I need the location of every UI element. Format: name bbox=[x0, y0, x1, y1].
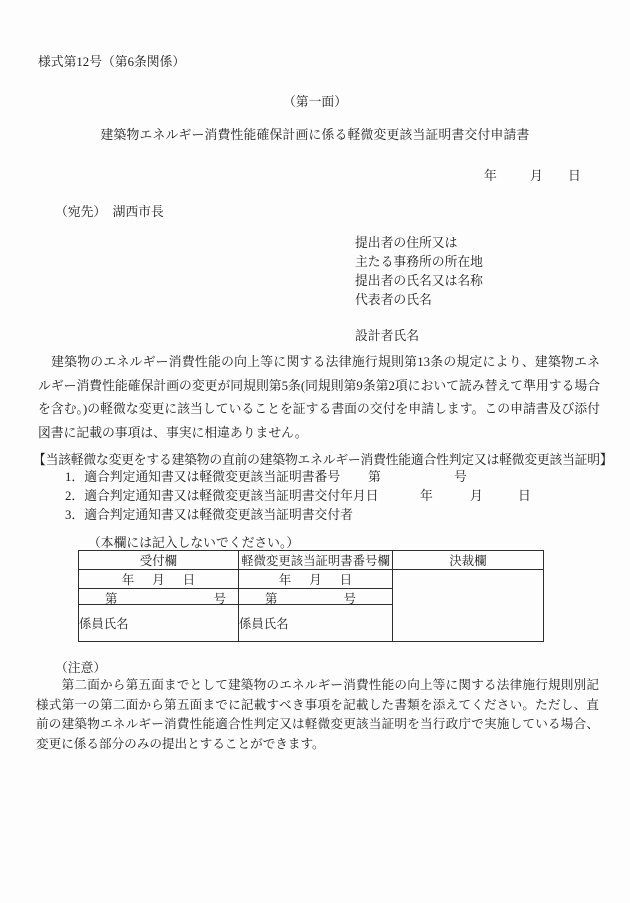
office-use-note: （本欄には記入しないでください。） bbox=[88, 532, 299, 551]
certificate-number-column-header: 軽微変更該当証明書番号欄 bbox=[239, 551, 393, 570]
date-year-label: 年 bbox=[484, 165, 497, 184]
notice-body: 第二面から第五面までとして建築物のエネルギー消費性能の向上等に関する法律施行規則… bbox=[36, 676, 599, 755]
notice-heading: （注意） bbox=[55, 657, 106, 676]
prior-item-number-label: 1．適合判定通知書又は軽微変更該当証明書番号 bbox=[65, 470, 340, 484]
date-month-label: 月 bbox=[530, 165, 543, 184]
reception-month-label: 月 bbox=[152, 573, 164, 587]
prior-item-issuer-label: 3．適合判定通知書又は軽微変更該当証明書交付者 bbox=[65, 508, 353, 522]
application-date-line: 年 月 日 bbox=[0, 165, 630, 183]
certificate-number-prefix: 第 bbox=[265, 589, 277, 605]
reception-number-prefix: 第 bbox=[105, 589, 117, 605]
certificate-number-cell: 第 号 bbox=[239, 589, 393, 605]
page-title: 建築物エネルギー消費性能確保計画に係る軽微変更該当証明書交付申請書 bbox=[0, 124, 630, 143]
face-label: （第一面） bbox=[0, 91, 630, 110]
submitter-address-line2: 主たる事務所の所在地 bbox=[355, 253, 483, 272]
reception-number-cell: 第 号 bbox=[79, 589, 239, 605]
submitter-block: 提出者の住所又は 主たる事務所の所在地 提出者の氏名又は名称 代表者の氏名 bbox=[355, 234, 483, 310]
reception-day-label: 日 bbox=[183, 573, 195, 587]
designer-name-label: 設計者氏名 bbox=[355, 325, 419, 344]
certificate-staff-name-cell: 係員氏名 bbox=[239, 605, 393, 642]
certificate-month-label: 月 bbox=[309, 573, 321, 587]
reception-number-suffix: 号 bbox=[214, 589, 226, 605]
prior-item-issue-date-label: 2．適合判定通知書又は軽微変更該当証明書交付年月日 bbox=[65, 489, 379, 503]
number-prefix-label: 第 bbox=[368, 466, 381, 485]
certificate-day-label: 日 bbox=[340, 573, 352, 587]
submitter-address-line1: 提出者の住所又は bbox=[355, 234, 483, 253]
date-day-label: 日 bbox=[568, 165, 581, 184]
application-statement: 建築物のエネルギー消費性能の向上等に関する法律施行規則第13条の規定により、建築… bbox=[38, 351, 600, 445]
number-suffix-label: 号 bbox=[454, 466, 467, 485]
approval-blank-cell bbox=[393, 570, 544, 642]
form-page: 様式第12号（第6条関係） （第一面） 建築物エネルギー消費性能確保計画に係る軽… bbox=[0, 0, 630, 903]
submitter-name-label: 提出者の氏名又は名称 bbox=[355, 272, 483, 291]
prior-item-number: 1．適合判定通知書又は軽微変更該当証明書番号 第 号 bbox=[65, 466, 630, 485]
prior-item-issue-date: 2．適合判定通知書又は軽微変更該当証明書交付年月日 年 月 日 bbox=[65, 485, 630, 504]
certificate-number-suffix: 号 bbox=[344, 589, 356, 605]
representative-name-label: 代表者の氏名 bbox=[355, 291, 483, 310]
reception-date-cell: 年月日 bbox=[79, 570, 239, 589]
addressee-label: （宛先） 湖西市長 bbox=[55, 201, 164, 220]
reception-staff-name-cell: 係員氏名 bbox=[79, 605, 239, 642]
certificate-year-label: 年 bbox=[279, 573, 291, 587]
issue-day-label: 日 bbox=[518, 485, 531, 504]
issue-year-label: 年 bbox=[420, 485, 433, 504]
form-number: 様式第12号（第6条関係） bbox=[38, 51, 185, 70]
reception-year-label: 年 bbox=[122, 573, 134, 587]
prior-item-issuer: 3．適合判定通知書又は軽微変更該当証明書交付者 bbox=[65, 504, 630, 523]
reception-column-header: 受付欄 bbox=[79, 551, 239, 570]
approval-column-header: 決裁欄 bbox=[393, 551, 544, 570]
certificate-date-cell: 年月日 bbox=[239, 570, 393, 589]
office-use-table: 受付欄 軽微変更該当証明書番号欄 決裁欄 年月日 年月日 第 号 第 号 係員氏… bbox=[78, 550, 544, 642]
issue-month-label: 月 bbox=[470, 485, 483, 504]
